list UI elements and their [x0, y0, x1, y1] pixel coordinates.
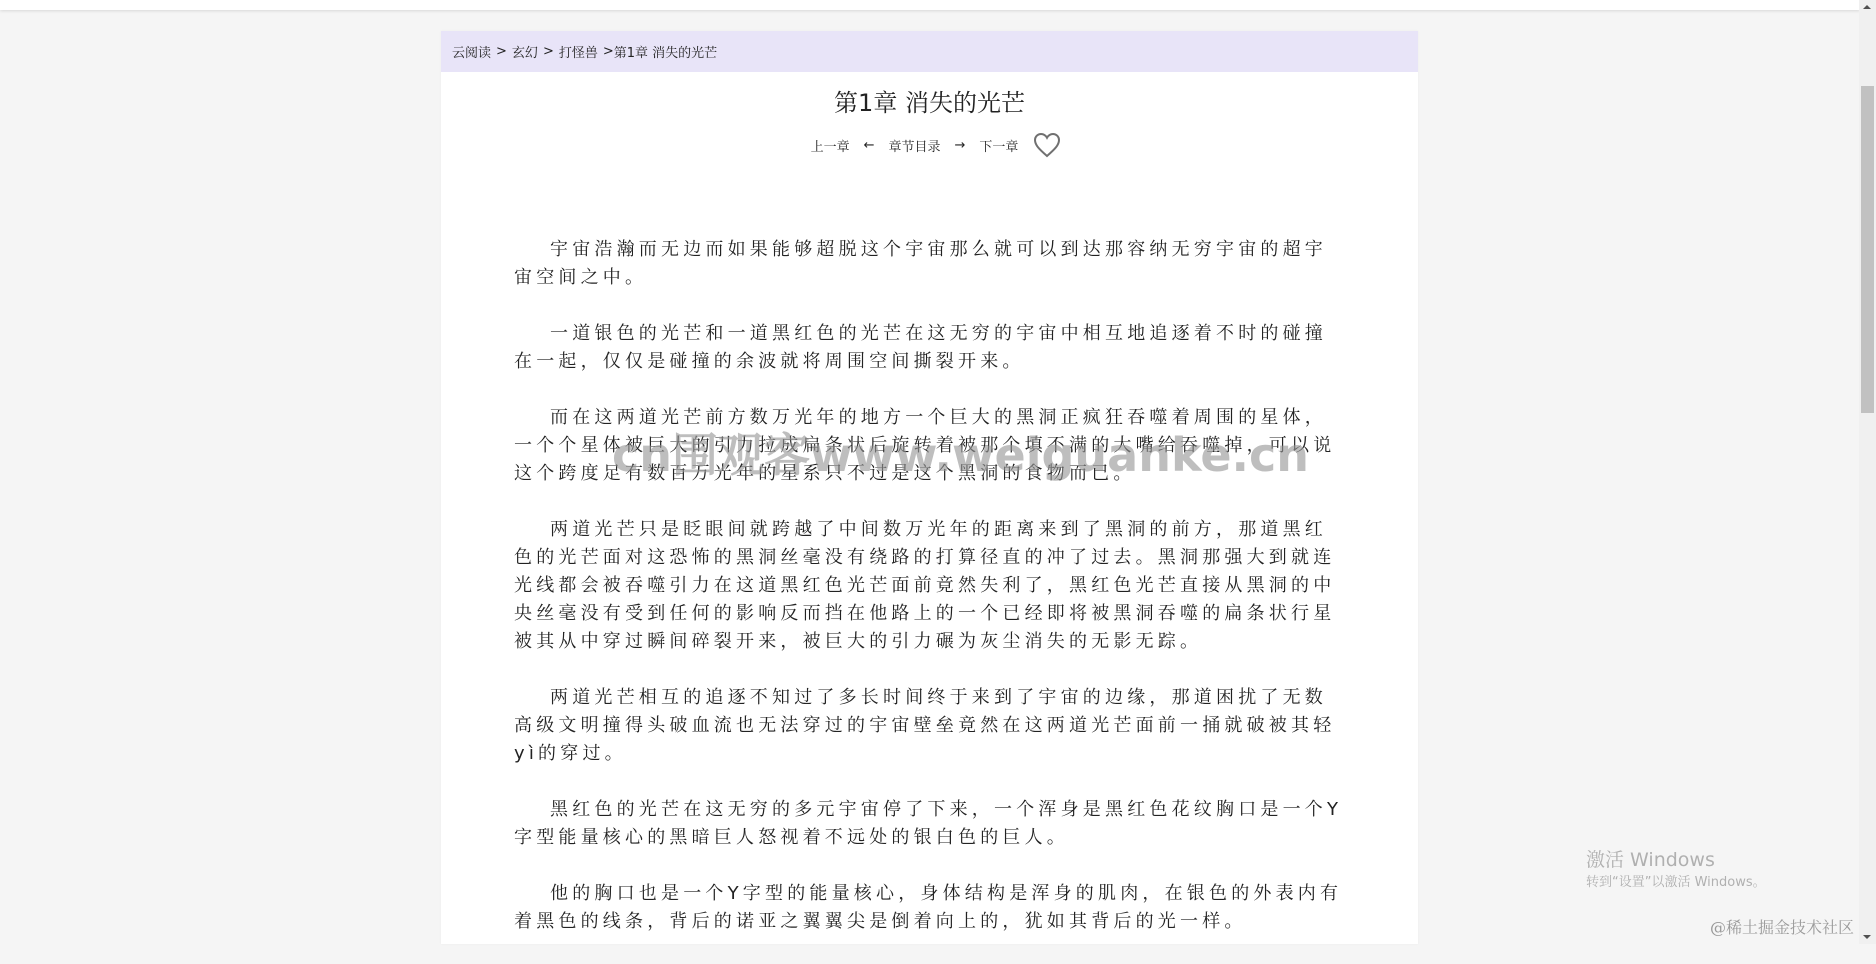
right-arrow-icon: → — [955, 138, 966, 153]
windows-activation-title: 激活 Windows — [1586, 848, 1766, 872]
paragraph: 一道银色的光芒和一道黑红色的光芒在这无穷的宇宙中相互地追逐着不时的碰撞在一起，仅… — [514, 320, 1344, 376]
reader-panel: 云阅读 > 玄幻 > 打怪兽 > 第1章 消失的光芒 第1章 消失的光芒 上一章… — [441, 31, 1418, 944]
favorite-button[interactable] — [1032, 130, 1062, 160]
chapter-title: 第1章 消失的光芒 — [441, 86, 1418, 120]
breadcrumb-category[interactable]: 玄幻 — [512, 42, 538, 61]
windows-activation-notice: 激活 Windows 转到“设置”以激活 Windows。 — [1586, 848, 1766, 892]
next-chapter-link[interactable]: 下一章 — [979, 136, 1018, 155]
chapter-navigation: 上一章 ← 章节目录 → 下一章 — [441, 128, 1418, 162]
breadcrumb-current-chapter: 第1章 消失的光芒 — [614, 42, 717, 61]
left-arrow-icon: ← — [864, 138, 875, 153]
windows-activation-subtitle: 转到“设置”以激活 Windows。 — [1586, 874, 1766, 892]
chapter-content: 宇宙浩瀚而无边而如果能够超脱这个宇宙那么就可以到达那容纳无穷宇宙的超宇宙空间之中… — [514, 236, 1344, 944]
scroll-up-arrow-icon[interactable] — [1863, 5, 1871, 9]
prev-chapter-link[interactable]: 上一章 — [811, 136, 850, 155]
heart-outline-icon — [1033, 132, 1061, 158]
table-of-contents-link[interactable]: 章节目录 — [888, 136, 940, 155]
breadcrumb-book[interactable]: 打怪兽 — [559, 42, 598, 61]
scrollbar-thumb[interactable] — [1861, 86, 1874, 413]
paragraph: 两道光芒只是眨眼间就跨越了中间数万光年的距离来到了黑洞的前方，那道黑红色的光芒面… — [514, 516, 1344, 656]
juejin-watermark: @稀土掘金技术社区 — [1710, 915, 1854, 938]
vertical-scrollbar[interactable] — [1859, 0, 1876, 944]
breadcrumb-home[interactable]: 云阅读 — [452, 42, 491, 61]
paragraph: 宇宙浩瀚而无边而如果能够超脱这个宇宙那么就可以到达那容纳无穷宇宙的超宇宙空间之中… — [514, 236, 1344, 292]
breadcrumb-separator: > — [496, 44, 507, 59]
breadcrumb-separator: > — [543, 44, 554, 59]
paragraph: 黑红色的光芒在这无穷的多元宇宙停了下来，一个浑身是黑红色花纹胸口是一个Y字型能量… — [514, 796, 1344, 852]
top-header-strip — [0, 0, 1860, 10]
breadcrumb: 云阅读 > 玄幻 > 打怪兽 > 第1章 消失的光芒 — [441, 31, 1418, 72]
breadcrumb-separator: > — [603, 44, 614, 59]
paragraph: 两道光芒相互的追逐不知过了多长时间终于来到了宇宙的边缘，那道困扰了无数高级文明撞… — [514, 684, 1344, 768]
scroll-down-arrow-icon[interactable] — [1863, 935, 1871, 939]
paragraph: 他的胸口也是一个Y字型的能量核心，身体结构是浑身的肌肉，在银色的外表内有着黑色的… — [514, 880, 1344, 936]
paragraph: 而在这两道光芒前方数万光年的地方一个巨大的黑洞正疯狂吞噬着周围的星体，一个个星体… — [514, 404, 1344, 488]
